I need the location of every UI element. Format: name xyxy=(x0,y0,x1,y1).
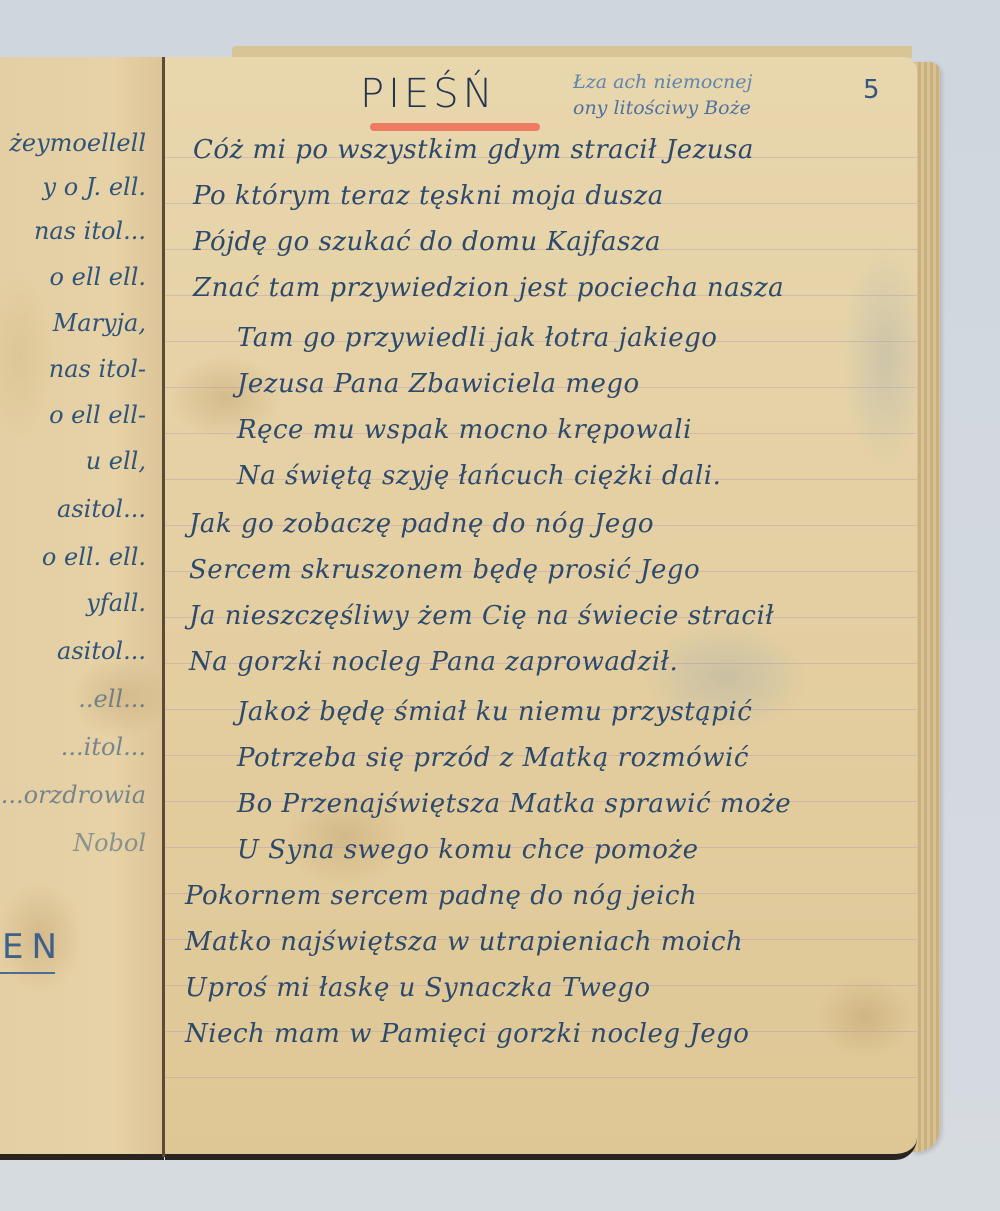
ruled-line xyxy=(165,1077,917,1078)
verse-line: Znać tam przywiedzion jest pociecha nasz… xyxy=(193,273,784,303)
verse-line: Cóż mi po wszystkim gdym stracił Jezusa xyxy=(193,135,754,165)
left-line: żeymoellell xyxy=(9,129,146,157)
left-line: Maryja, xyxy=(53,309,146,337)
verse-line: Pokornem sercem padnę do nóg jeich xyxy=(185,881,697,911)
verse-line: Tam go przywiedli jak łotra jakiego xyxy=(237,323,717,353)
left-heading-underline xyxy=(0,972,55,974)
left-page-heading-fragment: EN xyxy=(2,927,65,967)
right-page: PIEŚŃ Łza ach niemocnej ony litościwy Bo… xyxy=(165,57,917,1160)
left-line: o ell ell. xyxy=(50,263,146,291)
verse-line: Na gorzki nocleg Pana zaprowadził. xyxy=(189,647,678,677)
title-underline-red xyxy=(370,123,540,131)
verse-line: Ja nieszczęśliwy żem Cię na świecie stra… xyxy=(189,601,774,631)
left-line: yfall. xyxy=(86,589,146,617)
verse-line: U Syna swego komu chce pomoże xyxy=(237,835,699,865)
left-line: ...itol... xyxy=(61,733,146,761)
left-line: ..ell... xyxy=(78,685,146,713)
verse-line: Matko najświętsza w utrapieniach moich xyxy=(185,927,743,957)
song-title: PIEŚŃ xyxy=(360,71,497,117)
verse-line: Niech mam w Pamięci gorzki nocleg Jego xyxy=(185,1019,749,1049)
verse-line: Na świętą szyję łańcuch ciężki dali. xyxy=(237,461,721,491)
left-line: ...orzdrowia xyxy=(1,781,146,809)
verse-line: Jezusa Pana Zbawiciela mego xyxy=(237,369,640,399)
page-number: 5 xyxy=(863,75,880,105)
left-line: o ell. ell. xyxy=(42,543,146,571)
left-line: asitol... xyxy=(57,637,146,665)
verse-line: Uproś mi łaskę u Synaczka Twego xyxy=(185,973,651,1003)
verse-line: Ręce mu wspak mocno krępowali xyxy=(237,415,692,445)
verse-line: Bo Przenajświętsza Matka sprawić może xyxy=(237,789,791,819)
left-line: Nobol xyxy=(73,829,146,857)
notebook-photo: żeymoellell y o J. ell. nas itol... o el… xyxy=(0,0,1000,1211)
left-page: żeymoellell y o J. ell. nas itol... o el… xyxy=(0,57,164,1160)
verse-line: Pójdę go szukać do domu Kajfasza xyxy=(193,227,661,257)
margin-note-line-1: Łza ach niemocnej xyxy=(573,71,752,93)
verse-line: Jak go zobaczę padnę do nóg Jego xyxy=(189,509,654,539)
left-line: nas itol... xyxy=(34,217,146,245)
verse-line: Potrzeba się przód z Matką rozmówić xyxy=(237,743,749,773)
left-line: nas itol- xyxy=(49,355,146,383)
left-line: u ell, xyxy=(86,447,146,475)
left-line: y o J. ell. xyxy=(43,173,146,201)
verse-line: Po którym teraz tęskni moja dusza xyxy=(193,181,664,211)
verse-line: Sercem skruszonem będę prosić Jego xyxy=(189,555,700,585)
left-line: asitol... xyxy=(57,495,146,523)
verse-line: Jakoż będę śmiał ku niemu przystąpić xyxy=(237,697,752,727)
left-line: o ell ell- xyxy=(49,401,146,429)
margin-note-line-2: ony litościwy Boże xyxy=(573,97,751,119)
